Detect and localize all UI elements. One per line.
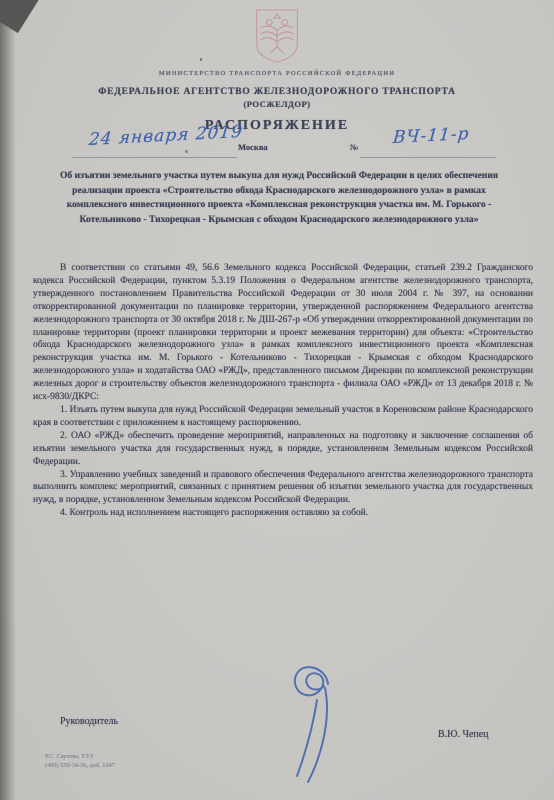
body-item-3: 3. Управлению учебных заведений и правов… [33, 469, 533, 508]
scanned-document-page: МИНИСТЕРСТВО ТРАНСПОРТА РОССИЙСКОЙ ФЕДЕР… [0, 0, 554, 800]
signer-name: В.Ю. Чепец [438, 729, 489, 740]
document-body: В соответствии со статьями 49, 56.6 Земе… [33, 262, 533, 520]
executor-phone: (499) 550-34-36, доб. 1047 [45, 761, 115, 770]
body-item-4: 4. Контроль над исполнением настоящего р… [33, 507, 533, 520]
dateline-row: 24 января 2019 Москва № ВЧ-11-р [0, 130, 554, 164]
number-underline [360, 157, 496, 158]
body-intro-paragraph: В соответствии со статьями 49, 56.6 Земе… [33, 262, 533, 404]
agency-line: ФЕДЕРАЛЬНОЕ АГЕНТСТВО ЖЕЛЕЗНОДОРОЖНОГО Т… [0, 87, 554, 97]
body-item-2: 2. ОАО «РЖД» обеспечить проведение мероп… [33, 430, 533, 469]
document-title: Об изъятии земельного участка путем выку… [45, 169, 513, 227]
city-label: Москва [238, 142, 268, 152]
date-underline [72, 157, 237, 158]
executor-name: Р.С. Саутова, УУЗ [45, 752, 115, 761]
agency-short-line: (РОСЖЕЛДОР) [0, 99, 554, 109]
russia-coat-of-arms-icon [251, 8, 303, 64]
handwritten-signature-icon [272, 660, 356, 785]
document-header: МИНИСТЕРСТВО ТРАНСПОРТА РОССИЙСКОЙ ФЕДЕР… [0, 8, 554, 134]
body-item-1: 1. Изъять путем выкупа для нужд Российск… [33, 404, 533, 430]
number-sign-label: № [350, 142, 358, 152]
handwritten-number: ВЧ-11-р [392, 124, 470, 148]
executor-footnote: Р.С. Саутова, УУЗ (499) 550-34-36, доб. … [45, 752, 115, 770]
signer-position-label: Руководитель [60, 716, 118, 727]
ministry-line: МИНИСТЕРСТВО ТРАНСПОРТА РОССИЙСКОЙ ФЕДЕР… [0, 70, 554, 77]
